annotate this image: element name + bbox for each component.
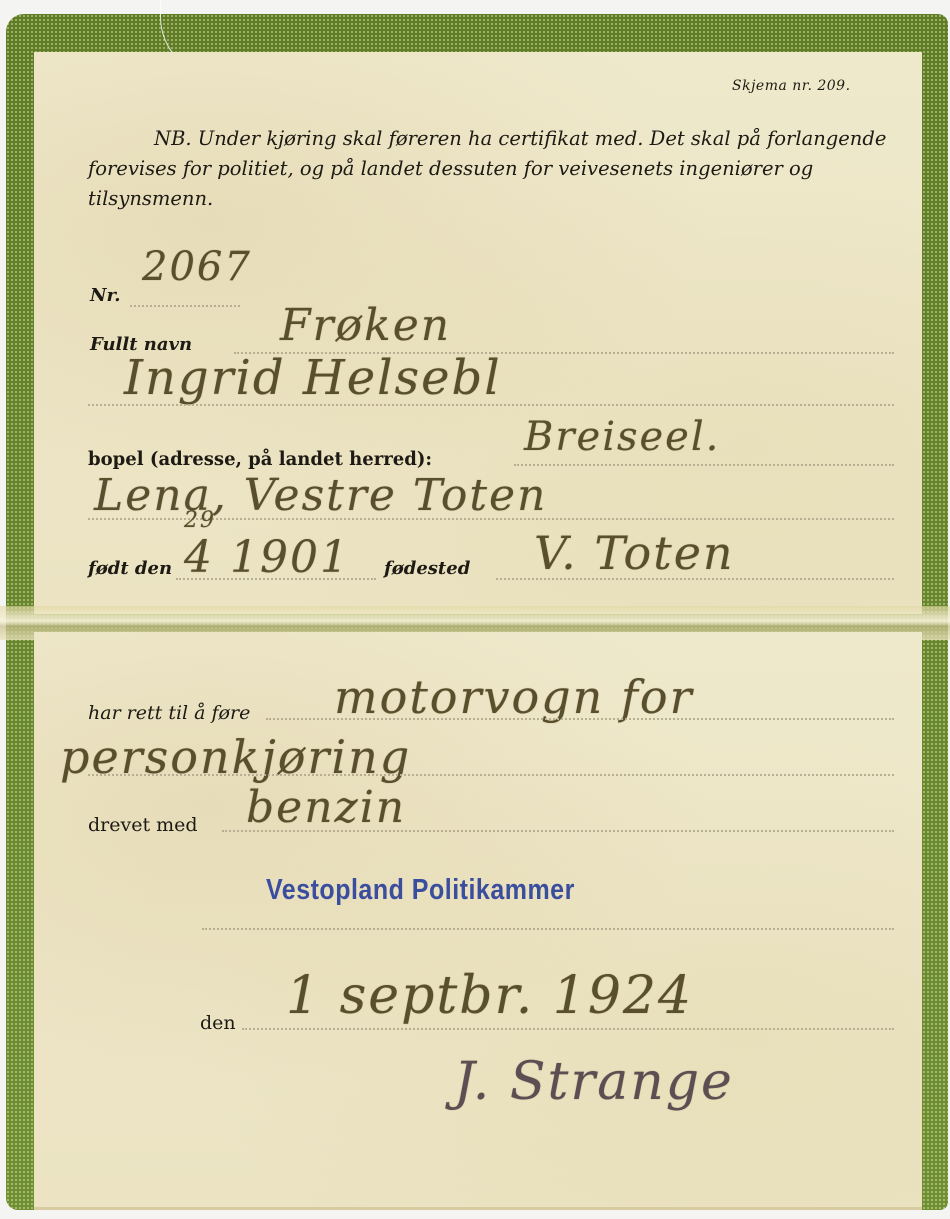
driven-label: drevet med (88, 814, 198, 836)
address-label: bopel (adresse, på landet herred): (88, 448, 432, 470)
notice-text: NB. Under kjøring skal føreren ha certif… (88, 124, 888, 214)
entitled-line-1 (266, 718, 894, 720)
address-line-1 (514, 464, 894, 466)
born-day: 29 (184, 508, 216, 533)
address-value-line1: Breiseel. (524, 414, 720, 460)
birthplace-value: V. Toten (534, 526, 735, 580)
driven-line (222, 830, 894, 832)
birthplace-label: fødested (384, 558, 470, 579)
issuer-stamp: Vestopland Politikammer (266, 874, 575, 907)
address-value-line2: Lena, Vestre Toten (94, 470, 547, 521)
born-label: født den (88, 558, 172, 579)
born-line (176, 578, 376, 580)
born-value: 4 1901 (184, 532, 350, 583)
entitled-line-2 (88, 774, 894, 776)
signature: J. Strange (454, 1052, 734, 1112)
issuer-line (202, 928, 894, 930)
nr-label: Nr. (90, 285, 121, 306)
bottom-page: motorvogn for har rett til å føre person… (34, 632, 922, 1210)
date-value: 1 septbr. 1924 (286, 966, 693, 1026)
nr-value: 2067 (142, 244, 252, 290)
nr-line (130, 305, 240, 307)
name-line-2 (88, 404, 894, 406)
name-value-line2: Ingrid Helsebl (124, 350, 502, 406)
form-number: Skjema nr. 209. (732, 78, 851, 94)
entitled-value-line1: motorvogn for (334, 670, 694, 724)
date-label: den (200, 1012, 236, 1034)
name-value-line1: Frøken (280, 300, 451, 351)
driven-value: benzin (246, 782, 406, 833)
top-page: Skjema nr. 209. NB. Under kjøring skal f… (34, 52, 922, 614)
date-line (242, 1028, 894, 1030)
entitled-label: har rett til å føre (88, 702, 250, 724)
